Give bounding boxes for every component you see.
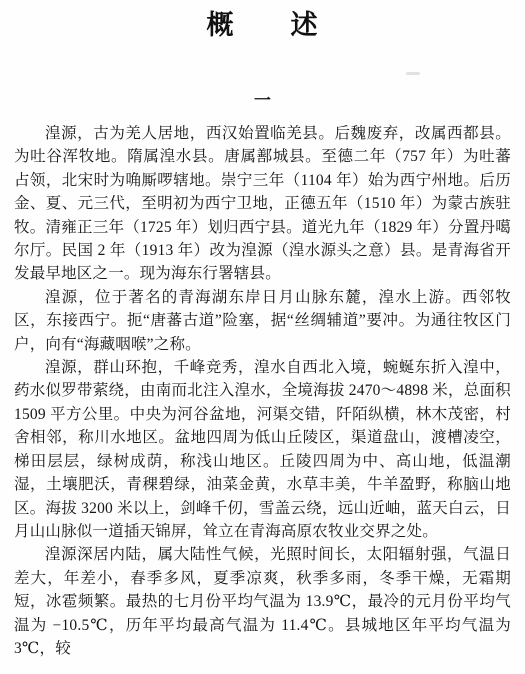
paragraph-geography: 湟源，群山环抱，千峰竞秀，湟水自西北入境，蜿蜒东折入湟中，药水似罗带萦绕，由南而… — [14, 356, 511, 543]
paragraph-climate: 湟源深居内陆，属大陆性气候，光照时间长，太阳辐射强，气温日差大，年差小，春季多风… — [14, 543, 511, 660]
section-marker: 一 — [14, 92, 511, 110]
document-page: 概 述 一 湟源，古为羌人居地，西汉始置临羌县。后魏废弃，改属西都县。为吐谷浑牧… — [0, 0, 525, 674]
scan-smudge — [406, 72, 420, 75]
document-body: 湟源，古为羌人居地，西汉始置临羌县。后魏废弃，改属西都县。为吐谷浑牧地。隋属湟水… — [14, 122, 511, 660]
paragraph-history: 湟源，古为羌人居地，西汉始置临羌县。后魏废弃，改属西都县。为吐谷浑牧地。隋属湟水… — [14, 122, 511, 286]
page-title: 概 述 — [14, 8, 511, 42]
paragraph-location: 湟源，位于著名的青海湖东岸日月山脉东麓，湟水上游。西邻牧区，东接西宁。扼“唐蕃古… — [14, 286, 511, 356]
